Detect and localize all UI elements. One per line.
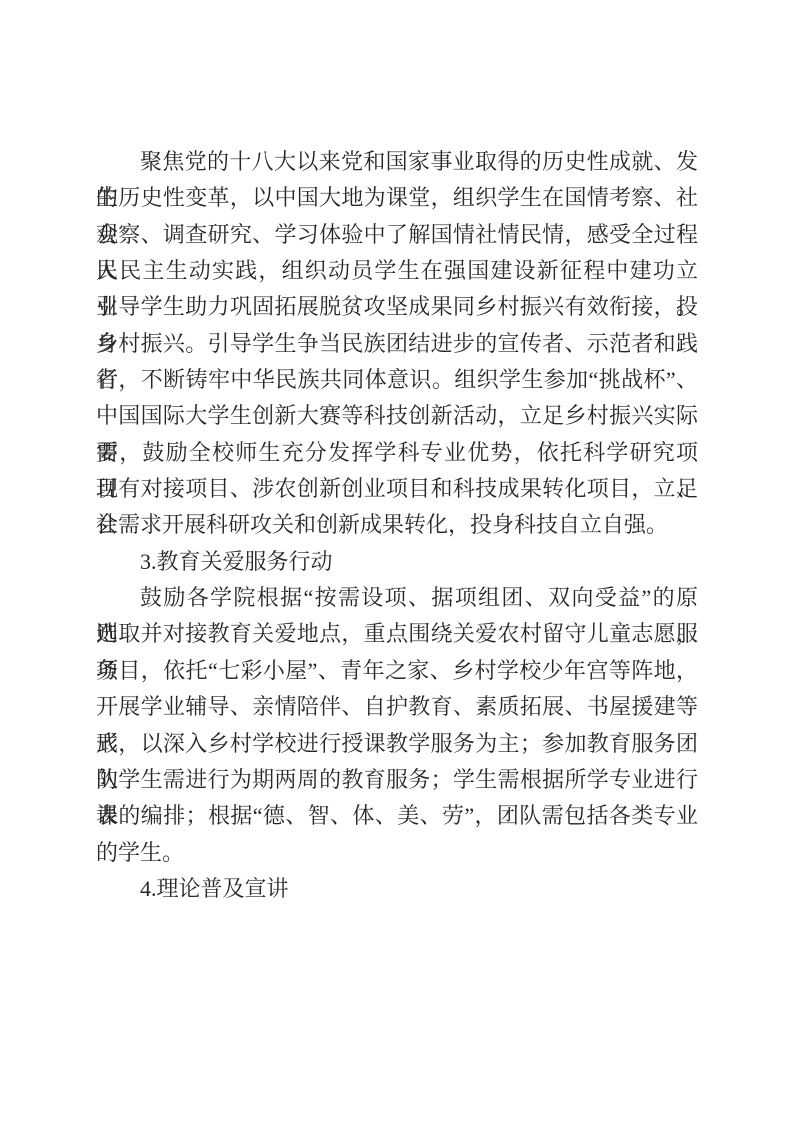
section-heading-4: 4.理论普及宣讲 [96,871,698,907]
paragraph-line: 乡村振兴。引导学生争当民族团结进步的宣传者、示范者和践行 [96,326,698,362]
paragraph-line: 民民主生动实践，组织动员学生在强国建设新征程中建功立业。 [96,253,698,289]
paragraph-line: 项目，依托“七彩小屋”、青年之家、乡村学校少年宫等阵地， [96,653,698,689]
paragraph-line: 的学生。 [96,835,698,871]
paragraph-line: 的学生需进行为期两周的教育服务；学生需根据所学专业进行课 [96,762,698,798]
paragraph-line: 现有对接项目、涉农创新创业项目和科技成果转化项目，立足社 [96,471,698,507]
paragraph-line: 的历史性变革，以中国大地为课堂，组织学生在国情考察、社会 [96,180,698,216]
paragraph-line: 鼓励各学院根据“按需设项、据项组团、双向受益”的原则， [96,580,698,616]
paragraph-line: 表的编排；根据“德、智、体、美、劳”，团队需包括各类专业 [96,798,698,834]
paragraph-line: 聚焦党的十八大以来党和国家事业取得的历史性成就、发生 [96,144,698,180]
section-heading-3: 3.教育关爱服务行动 [96,544,698,580]
paragraph-line: 中国国际大学生创新大赛等科技创新活动，立足乡村振兴实际需 [96,398,698,434]
paragraph-line: 观察、调查研究、学习体验中了解国情社情民情，感受全过程人 [96,217,698,253]
paragraph-line: 者，不断铸牢中华民族共同体意识。组织学生参加“挑战杯”、 [96,362,698,398]
paragraph-line: 选取并对接教育关爱地点，重点围绕关爱农村留守儿童志愿服务 [96,616,698,652]
paragraph-line: 开展学业辅导、亲情陪伴、自护教育、素质拓展、书屋援建等形 [96,689,698,725]
paragraph-line: 要，鼓励全校师生充分发挥学科专业优势，依托科学研究项目、 [96,435,698,471]
paragraph-line: 式，以深入乡村学校进行授课教学服务为主；参加教育服务团队 [96,726,698,762]
paragraph-line: 引导学生助力巩固拓展脱贫攻坚成果同乡村振兴有效衔接，投身 [96,289,698,325]
document-page: 聚焦党的十八大以来党和国家事业取得的历史性成就、发生 的历史性变革，以中国大地为… [0,0,794,1122]
document-body-text: 聚焦党的十八大以来党和国家事业取得的历史性成就、发生 的历史性变革，以中国大地为… [96,144,698,907]
paragraph-line: 会需求开展科研攻关和创新成果转化，投身科技自立自强。 [96,507,698,543]
